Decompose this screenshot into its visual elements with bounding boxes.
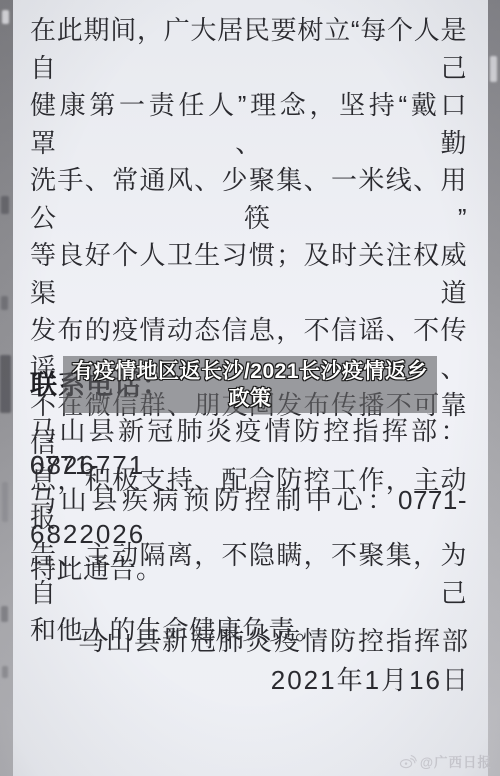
weibo-icon bbox=[399, 754, 417, 769]
contact-line-cdc-phone: 马山县疾病预防控制中心：0771- bbox=[30, 483, 467, 517]
photo-edge-artifact bbox=[2, 10, 9, 24]
photo-edge-artifact bbox=[490, 56, 497, 82]
video-caption-banner: 有疫情地区返长沙/2021长沙疫情返乡政策 bbox=[63, 356, 437, 413]
notice-closing-line: 特此通告。 bbox=[30, 552, 467, 586]
watermark: @广西日报 bbox=[399, 751, 492, 771]
signature-org: 马山县新冠肺炎疫情防控指挥部 bbox=[30, 622, 470, 661]
photo-right-edge-strip bbox=[488, 0, 500, 776]
photo-edge-artifact bbox=[1, 196, 9, 214]
notice-photo: 在此期间，广大居民要树立“每个人是自己 健康第一责任人”理念，坚持“戴口罩、勤 … bbox=[0, 0, 500, 776]
contact-line-cdc-number: 6822026 bbox=[30, 517, 467, 551]
photo-left-edge-strip bbox=[0, 0, 13, 776]
contact-line-hq-number: 6826771 bbox=[30, 448, 467, 482]
signature-block: 马山县新冠肺炎疫情防控指挥部 2021年1月16日 bbox=[30, 622, 470, 699]
body-line: 等良好个人卫生习惯；及时关注权威渠道 bbox=[30, 237, 467, 312]
signature-date: 2021年1月16日 bbox=[30, 661, 470, 700]
body-line: 洗手、常通风、少聚集、一米线、用公筷” bbox=[30, 162, 467, 237]
watermark-text: @广西日报 bbox=[420, 751, 492, 771]
photo-edge-artifact bbox=[0, 355, 11, 413]
body-line: 在此期间，广大居民要树立“每个人是自己 bbox=[30, 12, 467, 87]
photo-edge-artifact bbox=[1, 606, 8, 622]
overlay-title: 有疫情地区返长沙/2021长沙疫情返乡政策 bbox=[63, 358, 437, 412]
photo-edge-artifact bbox=[1, 296, 8, 310]
photo-edge-artifact bbox=[2, 666, 8, 678]
body-line: 健康第一责任人”理念，坚持“戴口罩、勤 bbox=[30, 87, 467, 162]
photo-edge-artifact bbox=[2, 482, 8, 522]
